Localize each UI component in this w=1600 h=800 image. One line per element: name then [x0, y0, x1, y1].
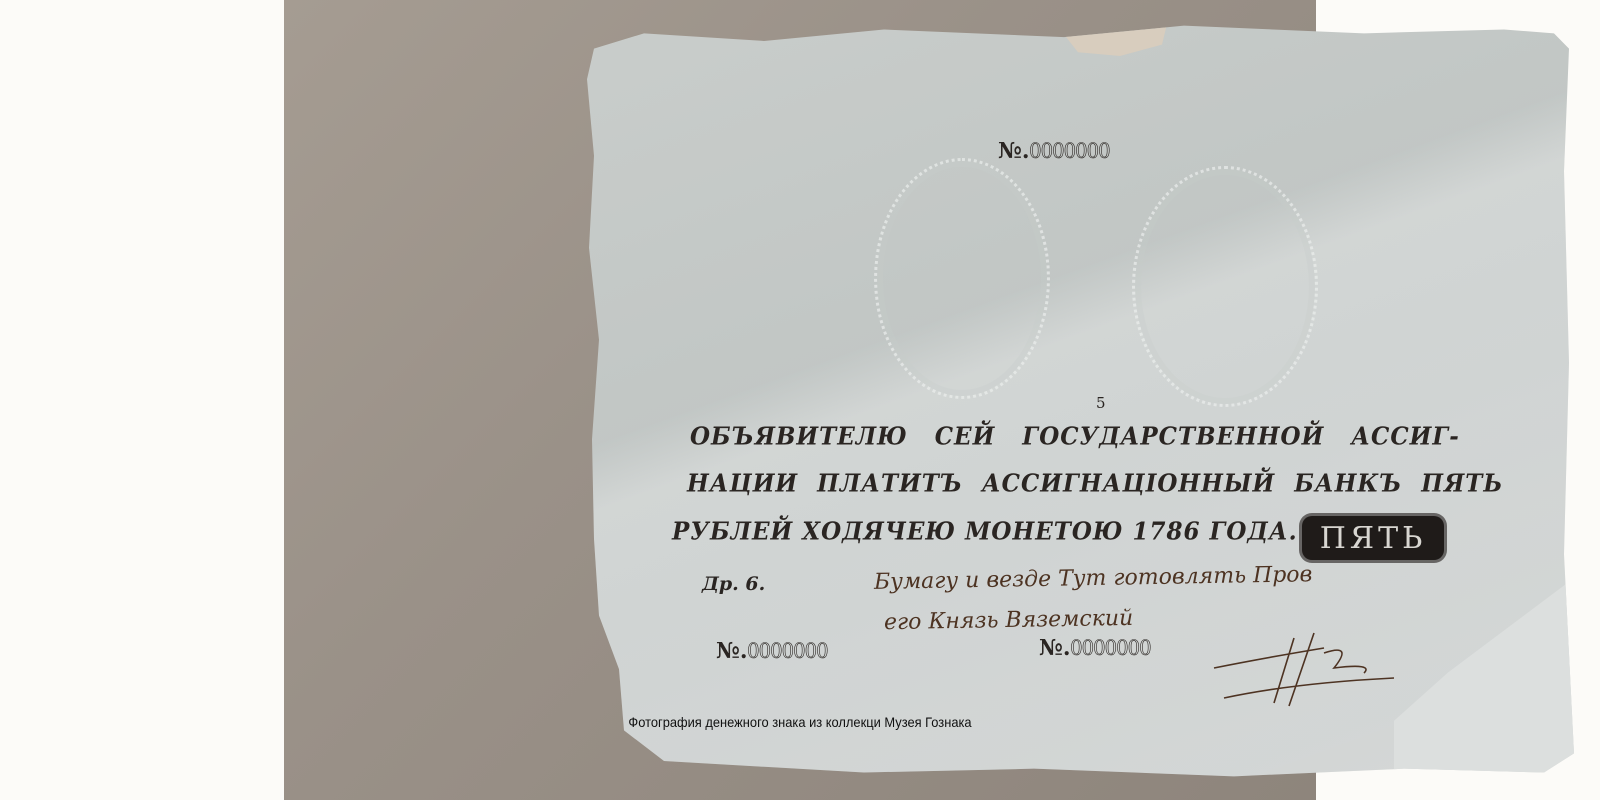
folded-corner	[1394, 578, 1574, 788]
text-line-2: НАЦИИ ПЛАТИТЪ АССИГНАЦІОННЫЙ БАНКЪ ПЯТЬ	[687, 469, 1503, 497]
serial-digits: 0000000	[748, 638, 829, 663]
light-band	[584, 18, 1584, 784]
mounting-board: №.0000000 5 ОБЪЯВИТЕЛЮ СЕЙ ГОСУДАРСТВЕНН…	[284, 0, 1316, 800]
text-line-1: ОБЪЯВИТЕЛЮ СЕЙ ГОСУДАРСТВЕННОЙ АССИГ-	[690, 422, 1460, 450]
serial-digits: 0000000	[1071, 635, 1152, 660]
banknote-paper: №.0000000 5 ОБЪЯВИТЕЛЮ СЕЙ ГОСУДАРСТВЕНН…	[584, 18, 1584, 784]
signature-flourish-icon	[1204, 628, 1404, 708]
serial-number-top: №.0000000	[998, 138, 1110, 164]
handwriting-line-1: Бумагу и везде Тут готовлять Пров	[874, 562, 1313, 595]
serial-number-bottom-left: №.0000000	[716, 638, 828, 664]
denomination-text: ПЯТЬ	[1320, 521, 1427, 556]
serial-prefix: №.	[716, 638, 748, 664]
handwriting-line-2: его Князь Вяземский	[884, 606, 1134, 635]
watermark-seal-left-icon	[874, 158, 1050, 399]
serial-digits: 0000000	[1030, 138, 1111, 163]
series-label: Др. 6.	[702, 573, 765, 595]
text-line-3: РУБЛЕЙ ХОДЯЧЕЮ МОНЕТОЮ 1786 ГОДА.	[672, 517, 1298, 545]
denomination-stamp: ПЯТЬ	[1302, 516, 1444, 560]
serial-prefix: №.	[1039, 635, 1071, 661]
torn-spot	[1054, 18, 1174, 56]
serial-prefix: №.	[998, 138, 1030, 164]
photo-caption: Фотография денежного знака из коллекци М…	[64, 714, 1536, 730]
serial-number-bottom-center: №.0000000	[1039, 635, 1151, 661]
watermark-seal-right-icon	[1132, 166, 1318, 407]
small-mark: 5	[1096, 394, 1106, 412]
